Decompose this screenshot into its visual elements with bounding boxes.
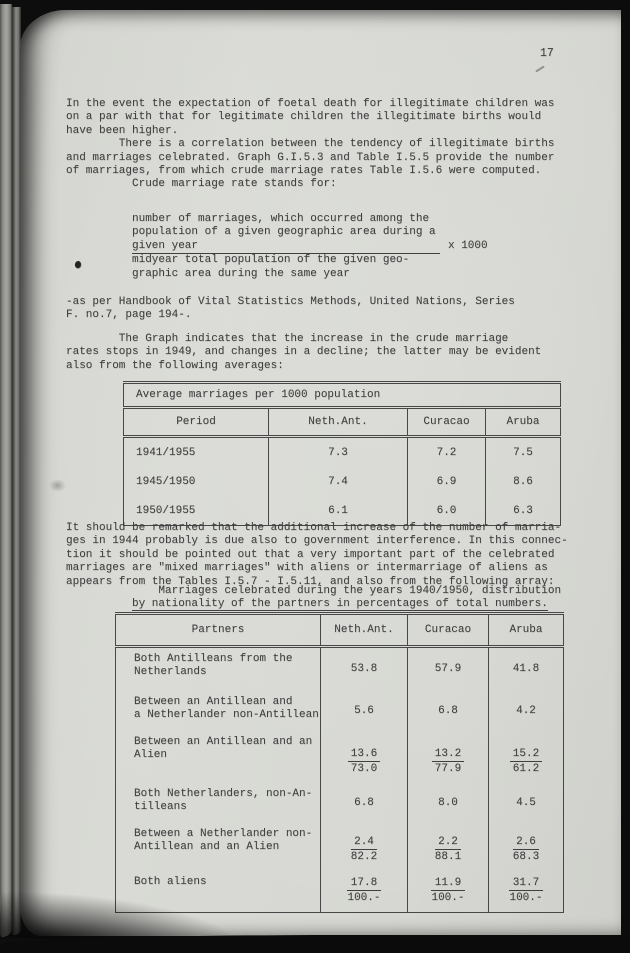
partner-label-line: Between an Antillean and [134, 696, 320, 709]
text-line: The Graph indicates that the increase in… [66, 333, 541, 346]
partner-label: Between an Antillean and an Alien [116, 731, 321, 783]
fraction-numerator: 2.4 [351, 836, 377, 850]
fraction-cell: 15.261.2 [489, 731, 564, 783]
value-cell: 4.2 [489, 691, 564, 731]
table-row: 1945/1950 7.4 6.9 8.6 [124, 467, 561, 496]
period-cell: 1945/1950 [124, 467, 269, 496]
crude-rate-formula: number of marriages, which occurred amon… [132, 213, 532, 281]
partner-label-line: Alien [134, 749, 320, 762]
graph-note-paragraph: The Graph indicates that the increase in… [66, 333, 541, 373]
text-line: rates stops in 1949, and changes in a de… [66, 346, 541, 359]
fraction-cell: 2.288.1 [408, 823, 489, 871]
fraction-value: 2.668.3 [513, 836, 539, 863]
fraction-cell: 2.482.2 [321, 823, 408, 871]
fraction-value: 2.288.1 [435, 836, 461, 863]
fraction-cumulative: 77.9 [432, 762, 464, 775]
fraction-numerator: 13.6 [348, 748, 380, 762]
fraction-cell: 2.668.3 [489, 823, 564, 871]
scanned-book-page: 17 In the event the expectation of foeta… [0, 0, 630, 953]
value-cell: 7.4 [269, 467, 408, 496]
caption-underlined-text: by nationality of the partners in percen… [132, 598, 548, 611]
partner-label-line: Both Antilleans from the [134, 653, 320, 666]
value-cell: 6.8 [321, 783, 408, 823]
partner-label-line: Both Netherlanders, non-An- [134, 788, 320, 801]
value-cell: 57.9 [408, 647, 489, 691]
text-line: on a par with that for legitimate childr… [66, 111, 554, 124]
table-header-row: Period Neth.Ant. Curacao Aruba [124, 408, 561, 437]
fraction-cumulative: 100.- [347, 891, 380, 904]
remark-paragraph: It should be remarked that the additiona… [66, 522, 568, 589]
text-line: There is a correlation between the tende… [66, 138, 554, 151]
nationality-table-caption: Marriages celebrated during the years 19… [132, 585, 561, 612]
text-line: Crude marriage rate stands for: [66, 178, 554, 191]
fraction-value: 15.261.2 [510, 748, 542, 775]
text-line: and marriages celebrated. Graph G.I.5.3 … [66, 152, 554, 165]
text-line: marriages are "mixed marriages" with ali… [66, 562, 568, 575]
partner-label-line: tilleans [134, 801, 320, 814]
value-cell: 7.2 [408, 437, 486, 468]
fraction-numerator: 2.6 [513, 836, 539, 850]
text-line: also from the following averages: [66, 360, 541, 373]
partner-label-line: Netherlands [134, 666, 320, 679]
table-title: Average marriages per 1000 population [124, 383, 561, 408]
partner-label: Both Netherlanders, non-An- tilleans [116, 783, 321, 823]
text-line: It should be remarked that the additiona… [66, 522, 568, 535]
value-cell: 41.8 [489, 647, 564, 691]
text-line: F. no.7, page 194-. [66, 309, 515, 322]
fraction-value: 13.673.0 [348, 748, 380, 775]
fraction-value: 17.8100.- [347, 877, 380, 904]
fraction-value: 11.9100.- [431, 877, 464, 904]
table-row: 1941/1955 7.3 7.2 7.5 [124, 437, 561, 468]
table-row: Between a Netherlander non- Antillean an… [116, 823, 564, 871]
value-cell: 6.8 [408, 691, 489, 731]
formula-numerator-line: population of a given geographic area du… [132, 226, 532, 239]
column-header-curacao: Curacao [408, 408, 486, 437]
fraction-numerator: 13.2 [432, 748, 464, 762]
value-cell: 7.3 [269, 437, 408, 468]
table-header-row: Partners Neth.Ant. Curacao Aruba [116, 614, 564, 647]
page-content: 17 In the event the expectation of foeta… [0, 0, 630, 953]
partner-label: Between an Antillean and a Netherlander … [116, 691, 321, 731]
fraction-cell: 13.673.0 [321, 731, 408, 783]
caption-line: by nationality of the partners in percen… [132, 598, 561, 611]
fraction-cumulative: 68.3 [513, 850, 539, 863]
partner-label-line: a Netherlander non-Antillean [134, 709, 320, 722]
text-line: -as per Handbook of Vital Statistics Met… [66, 296, 515, 309]
fraction-cell: 17.8100.- [321, 871, 408, 913]
fraction-numerator: 31.7 [509, 877, 542, 891]
text-line: ges in 1944 probably is due also to gove… [66, 535, 568, 548]
column-header-curacao: Curacao [408, 614, 489, 647]
fraction-numerator: 2.2 [435, 836, 461, 850]
table-row: Both Antilleans from the Netherlands 53.… [116, 647, 564, 691]
table-row: Both Netherlanders, non-An- tilleans 6.8… [116, 783, 564, 823]
fraction-cell: 31.7100.- [489, 871, 564, 913]
column-header-neth-ant: Neth.Ant. [269, 408, 408, 437]
fraction-cell: 13.277.9 [408, 731, 489, 783]
ink-dot-artifact [74, 260, 82, 269]
table-row: Between an Antillean and an Alien 13.673… [116, 731, 564, 783]
fraction-cumulative: 73.0 [348, 762, 380, 775]
value-cell: 6.9 [408, 467, 486, 496]
period-cell: 1941/1955 [124, 437, 269, 468]
fraction-cumulative: 100.- [431, 891, 464, 904]
text-line: of marriages, from which crude marriage … [66, 165, 554, 178]
partner-label: Between a Netherlander non- Antillean an… [116, 823, 321, 871]
partner-label: Both Antilleans from the Netherlands [116, 647, 321, 691]
column-header-aruba: Aruba [486, 408, 561, 437]
value-cell: 8.6 [486, 467, 561, 496]
fraction-numerator: 15.2 [510, 748, 542, 762]
formula-denominator-line: midyear total population of the given ge… [132, 254, 532, 267]
fraction-cell: 11.9100.- [408, 871, 489, 913]
partner-label-line: Both aliens [134, 876, 320, 889]
formula-fraction-bar: given year [132, 240, 440, 254]
column-header-neth-ant: Neth.Ant. [321, 614, 408, 647]
source-note: -as per Handbook of Vital Statistics Met… [66, 296, 515, 323]
fraction-numerator: 17.8 [347, 877, 380, 891]
table-title-row: Average marriages per 1000 population [124, 383, 561, 408]
page-number: 17 [540, 47, 554, 60]
partner-label-line: Antillean and an Alien [134, 841, 320, 854]
value-cell: 8.0 [408, 783, 489, 823]
fraction-value: 13.277.9 [432, 748, 464, 775]
smudge-artifact [49, 479, 66, 492]
fraction-value: 31.7100.- [509, 877, 542, 904]
formula-multiplier: x 1000 [448, 240, 488, 253]
fraction-value: 2.482.2 [351, 836, 377, 863]
column-header-partners: Partners [116, 614, 321, 647]
scan-bottom-border [0, 935, 630, 953]
column-header-period: Period [124, 408, 269, 437]
fraction-cumulative: 88.1 [435, 850, 461, 863]
averages-table: Average marriages per 1000 population Pe… [123, 381, 561, 526]
value-cell: 4.5 [489, 783, 564, 823]
text-line: In the event the expectation of foetal d… [66, 98, 554, 111]
fraction-cumulative: 100.- [509, 891, 542, 904]
nationality-table: Partners Neth.Ant. Curacao Aruba Both An… [115, 612, 564, 913]
intro-paragraph: In the event the expectation of foetal d… [66, 98, 554, 192]
table-row: Between an Antillean and a Netherlander … [116, 691, 564, 731]
caption-line: Marriages celebrated during the years 19… [132, 585, 561, 598]
scratch-artifact [535, 66, 545, 73]
value-cell: 7.5 [486, 437, 561, 468]
fraction-numerator: 11.9 [431, 877, 464, 891]
partner-label-line: Between an Antillean and an [134, 736, 320, 749]
value-cell: 5.6 [321, 691, 408, 731]
column-header-aruba: Aruba [489, 614, 564, 647]
text-line: tion it should be pointed out that a ver… [66, 549, 568, 562]
partner-label-line: Between a Netherlander non- [134, 828, 320, 841]
formula-numerator-line: number of marriages, which occurred amon… [132, 213, 532, 226]
fraction-cumulative: 61.2 [510, 762, 542, 775]
value-cell: 53.8 [321, 647, 408, 691]
formula-denominator-line: graphic area during the same year [132, 268, 532, 281]
text-line: have been higher. [66, 125, 554, 138]
fraction-cumulative: 82.2 [351, 850, 377, 863]
